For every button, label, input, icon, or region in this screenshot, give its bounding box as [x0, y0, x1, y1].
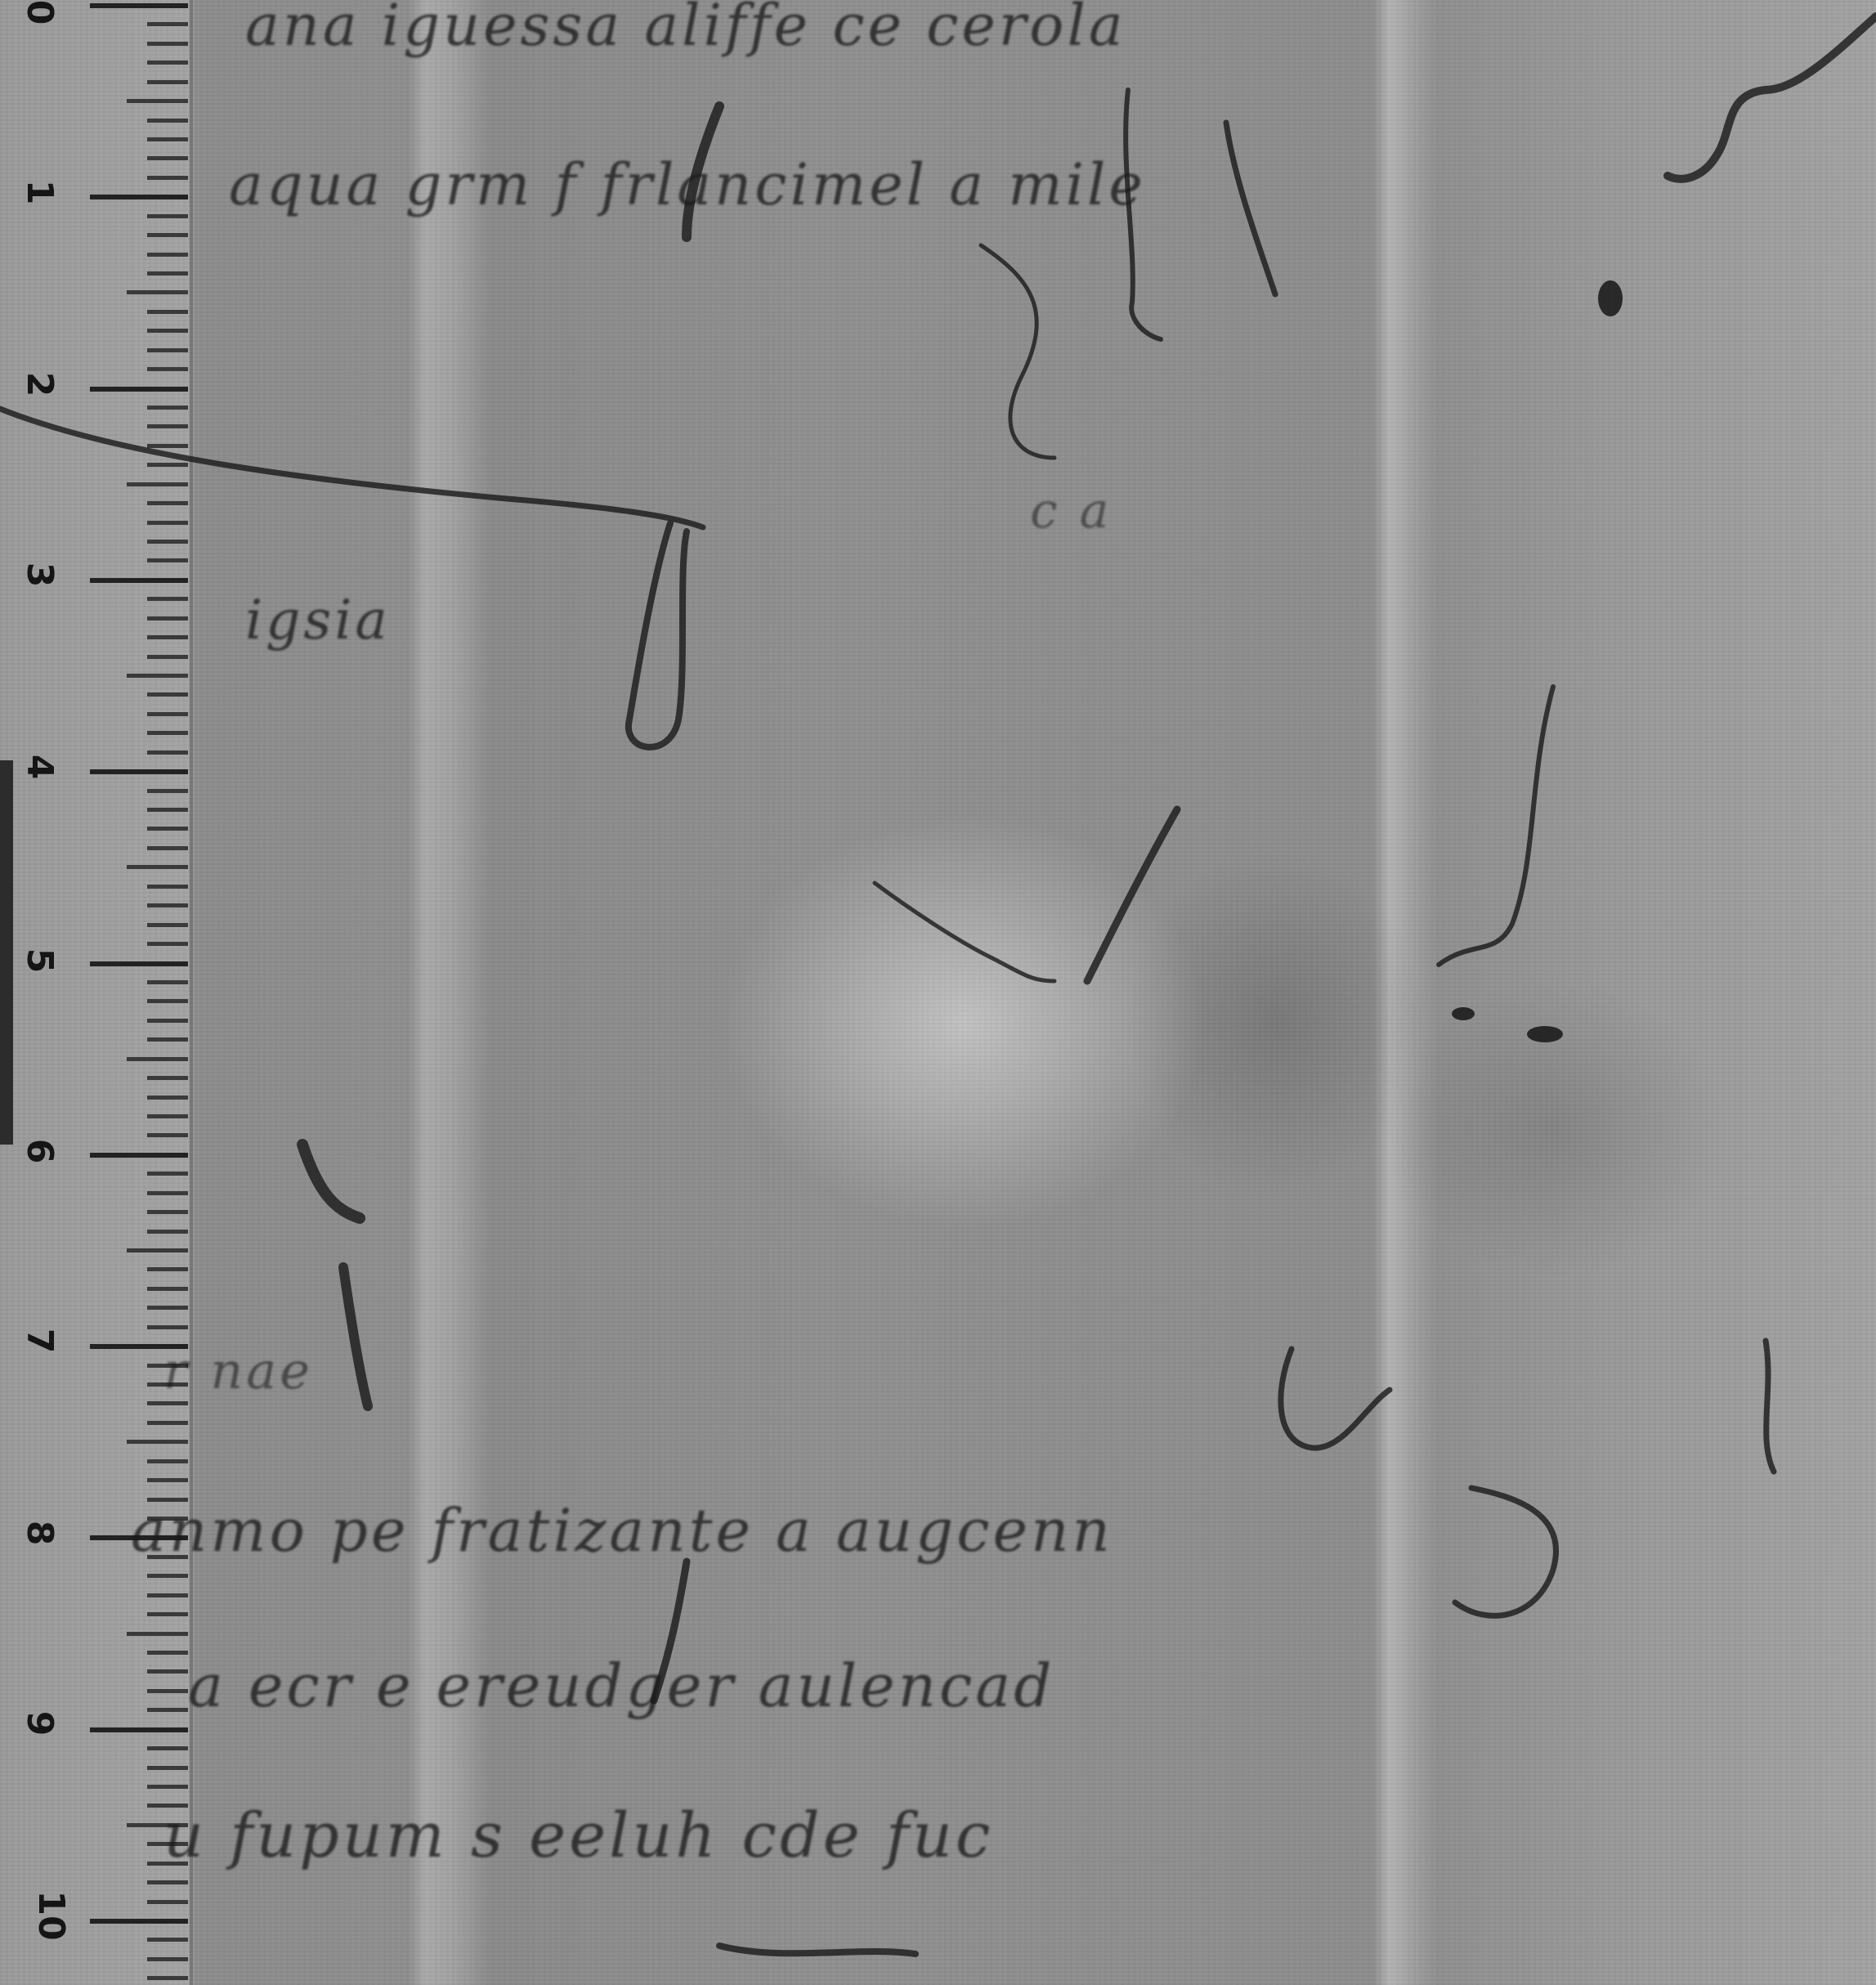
manuscript-scan: 0 1 2 3 4 5 6 7 8 9 10 — [0, 0, 1876, 1985]
script-line-5: r nae — [163, 1341, 313, 1400]
script-line-3: c a — [1030, 482, 1112, 540]
script-line-6: anmo pe fratizante a augcenn — [131, 1496, 1113, 1565]
script-line-4: igsia — [245, 589, 391, 652]
script-line-2: aqua grm f frlancimel a mile — [229, 151, 1146, 218]
script-line-7: a ecr e ereudger aulencad — [188, 1651, 1054, 1720]
script-line-8: u fupum s eeluh cde fuc — [163, 1799, 993, 1871]
script-line-1: ana iguessa aliffe ce cerola — [245, 0, 1126, 59]
